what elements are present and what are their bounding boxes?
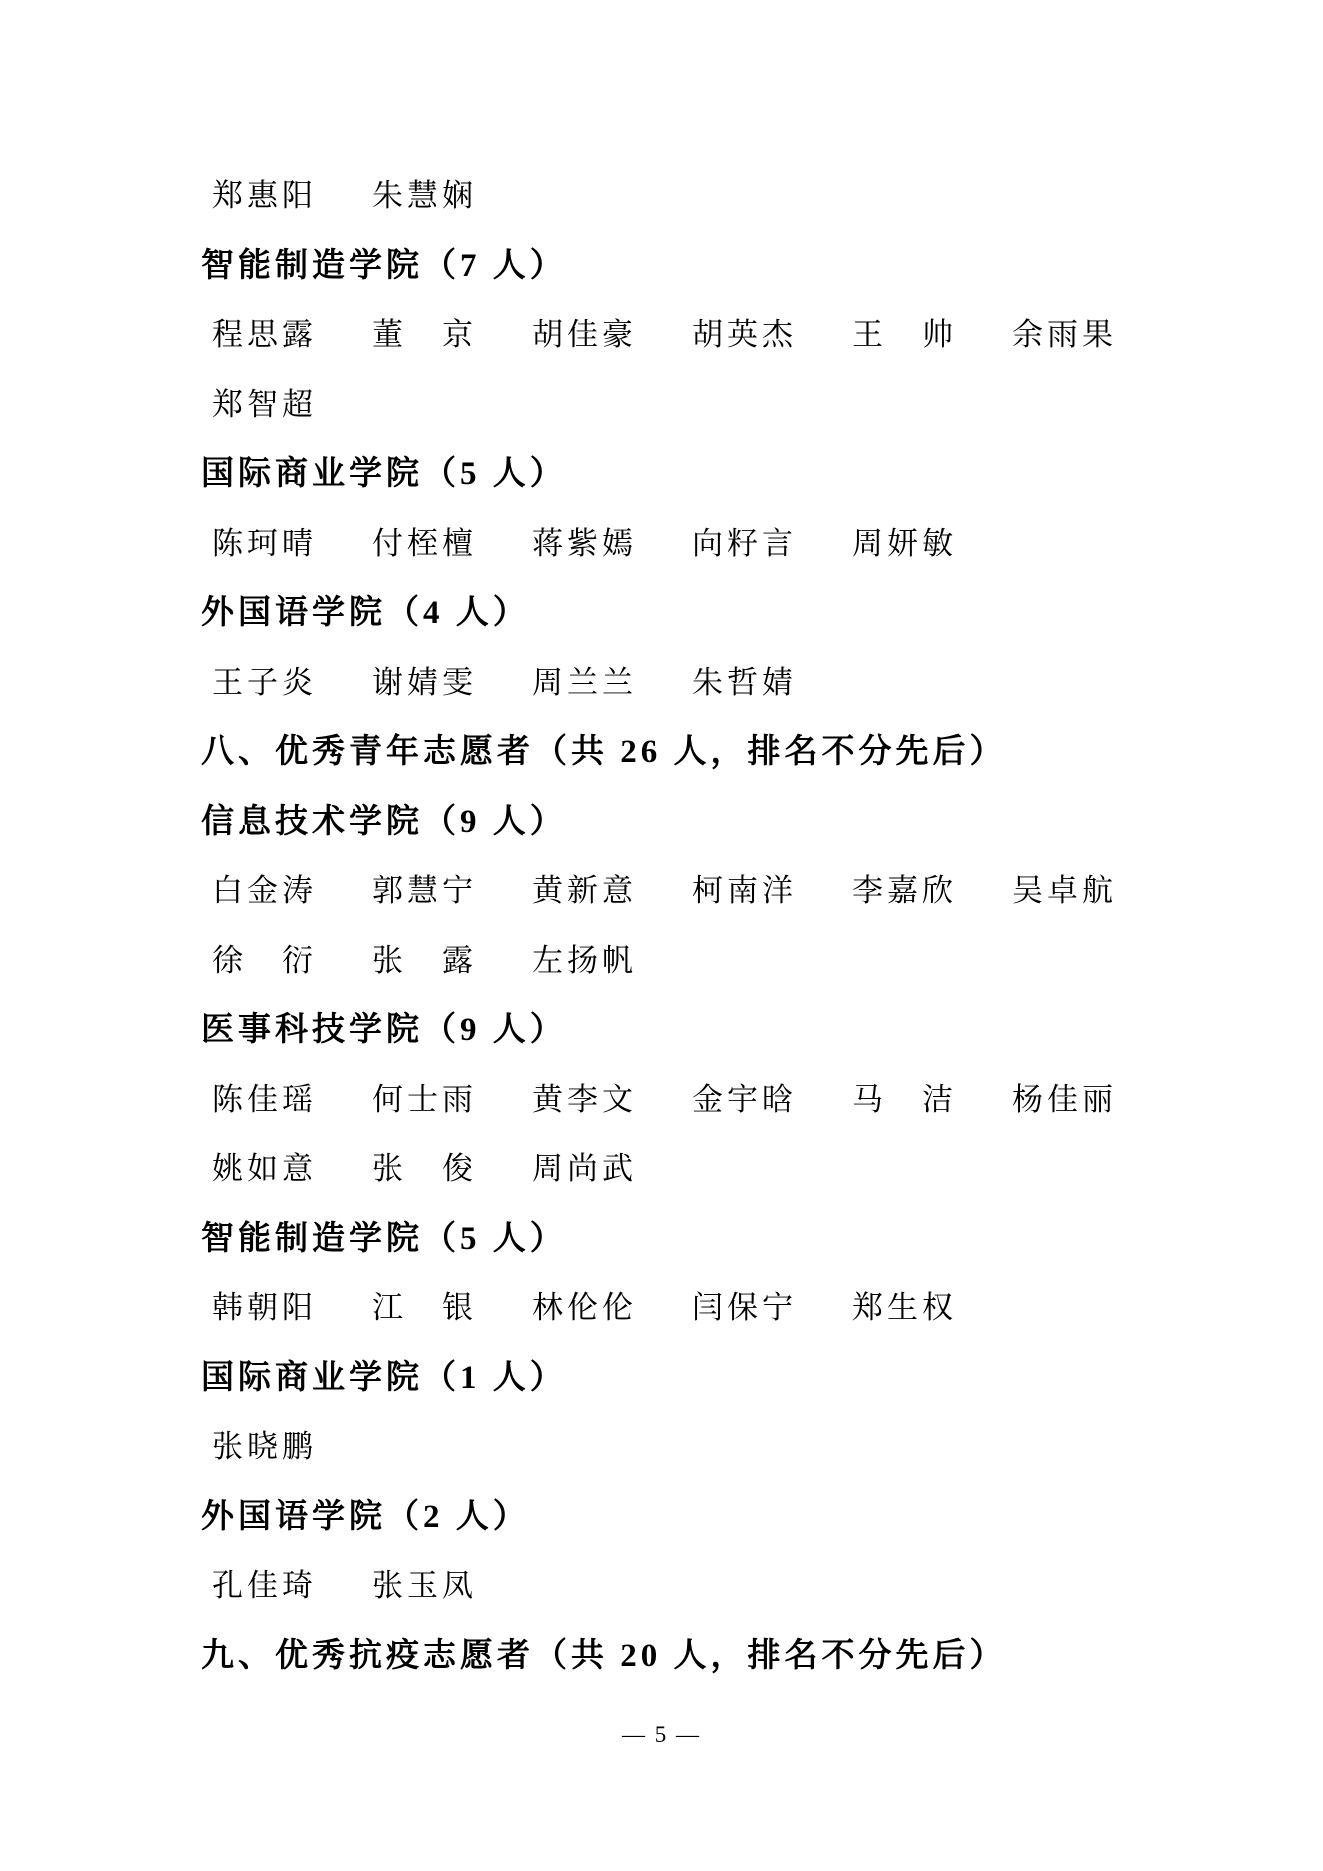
names-row: 陈珂晴付桎檀蒋紫嫣向籽言周妍敏 xyxy=(0,506,1323,576)
person-name: 黄李文 xyxy=(532,1074,637,1119)
person-name: 孔佳琦 xyxy=(212,1560,317,1605)
person-name: 陈珂晴 xyxy=(212,518,317,563)
person-name: 郑智超 xyxy=(212,379,317,424)
person-name: 谢婧雯 xyxy=(372,657,477,702)
person-name: 张晓鹏 xyxy=(212,1421,317,1466)
names-row: 张晓鹏 xyxy=(0,1409,1323,1479)
names-row: 王子炎谢婧雯周兰兰朱哲婧 xyxy=(0,645,1323,715)
page-number: — 5 — xyxy=(0,1722,1323,1748)
person-name: 张 露 xyxy=(372,935,477,980)
person-name: 马 洁 xyxy=(852,1074,957,1119)
person-name: 张玉凤 xyxy=(372,1560,477,1605)
names-row: 郑智超 xyxy=(0,367,1323,437)
names-row: 陈佳瑶何士雨黄李文金宇晗马 洁杨佳丽 xyxy=(0,1062,1323,1132)
person-name: 韩朝阳 xyxy=(212,1282,317,1327)
person-name: 何士雨 xyxy=(372,1074,477,1119)
person-name: 江 银 xyxy=(372,1282,477,1327)
names-row: 徐 衍张 露左扬帆 xyxy=(0,923,1323,993)
person-name: 左扬帆 xyxy=(532,935,637,980)
person-name: 程思露 xyxy=(212,309,317,354)
document-lines: 郑惠阳朱慧娴智能制造学院（7 人）程思露董 京胡佳豪胡英杰王 帅余雨果郑智超国际… xyxy=(0,158,1323,1687)
college-heading: 信息技术学院（9 人） xyxy=(0,784,1323,854)
college-heading: 国际商业学院（1 人） xyxy=(0,1340,1323,1410)
names-row: 姚如意张 俊周尚武 xyxy=(0,1131,1323,1201)
person-name: 姚如意 xyxy=(212,1143,317,1188)
person-name: 郑生权 xyxy=(852,1282,957,1327)
person-name: 白金涛 xyxy=(212,865,317,910)
document-page: 郑惠阳朱慧娴智能制造学院（7 人）程思露董 京胡佳豪胡英杰王 帅余雨果郑智超国际… xyxy=(0,0,1323,1871)
person-name: 董 京 xyxy=(372,309,477,354)
person-name: 金宇晗 xyxy=(692,1074,797,1119)
person-name: 蒋紫嫣 xyxy=(532,518,637,563)
person-name: 王 帅 xyxy=(852,309,957,354)
person-name: 周兰兰 xyxy=(532,657,637,702)
person-name: 周尚武 xyxy=(532,1143,637,1188)
person-name: 王子炎 xyxy=(212,657,317,702)
college-heading: 外国语学院（2 人） xyxy=(0,1479,1323,1549)
person-name: 向籽言 xyxy=(692,518,797,563)
person-name: 吴卓航 xyxy=(1012,865,1117,910)
person-name: 胡英杰 xyxy=(692,309,797,354)
person-name: 柯南洋 xyxy=(692,865,797,910)
names-row: 韩朝阳江 银林伦伦闫保宁郑生权 xyxy=(0,1270,1323,1340)
college-heading: 国际商业学院（5 人） xyxy=(0,436,1323,506)
person-name: 闫保宁 xyxy=(692,1282,797,1327)
person-name: 李嘉欣 xyxy=(852,865,957,910)
person-name: 周妍敏 xyxy=(852,518,957,563)
college-heading: 外国语学院（4 人） xyxy=(0,575,1323,645)
section-heading: 九、优秀抗疫志愿者（共 20 人，排名不分先后） xyxy=(0,1618,1323,1688)
college-heading: 智能制造学院（5 人） xyxy=(0,1201,1323,1271)
college-heading: 智能制造学院（7 人） xyxy=(0,228,1323,298)
person-name: 朱哲婧 xyxy=(692,657,797,702)
section-heading: 八、优秀青年志愿者（共 26 人，排名不分先后） xyxy=(0,714,1323,784)
names-row: 程思露董 京胡佳豪胡英杰王 帅余雨果 xyxy=(0,297,1323,367)
person-name: 杨佳丽 xyxy=(1012,1074,1117,1119)
person-name: 郭慧宁 xyxy=(372,865,477,910)
person-name: 朱慧娴 xyxy=(372,170,477,215)
person-name: 林伦伦 xyxy=(532,1282,637,1327)
names-row: 郑惠阳朱慧娴 xyxy=(0,158,1323,228)
person-name: 陈佳瑶 xyxy=(212,1074,317,1119)
person-name: 胡佳豪 xyxy=(532,309,637,354)
person-name: 黄新意 xyxy=(532,865,637,910)
person-name: 徐 衍 xyxy=(212,935,317,980)
person-name: 张 俊 xyxy=(372,1143,477,1188)
college-heading: 医事科技学院（9 人） xyxy=(0,992,1323,1062)
person-name: 余雨果 xyxy=(1012,309,1117,354)
person-name: 付桎檀 xyxy=(372,518,477,563)
names-row: 孔佳琦张玉凤 xyxy=(0,1548,1323,1618)
person-name: 郑惠阳 xyxy=(212,170,317,215)
names-row: 白金涛郭慧宁黄新意柯南洋李嘉欣吴卓航 xyxy=(0,853,1323,923)
